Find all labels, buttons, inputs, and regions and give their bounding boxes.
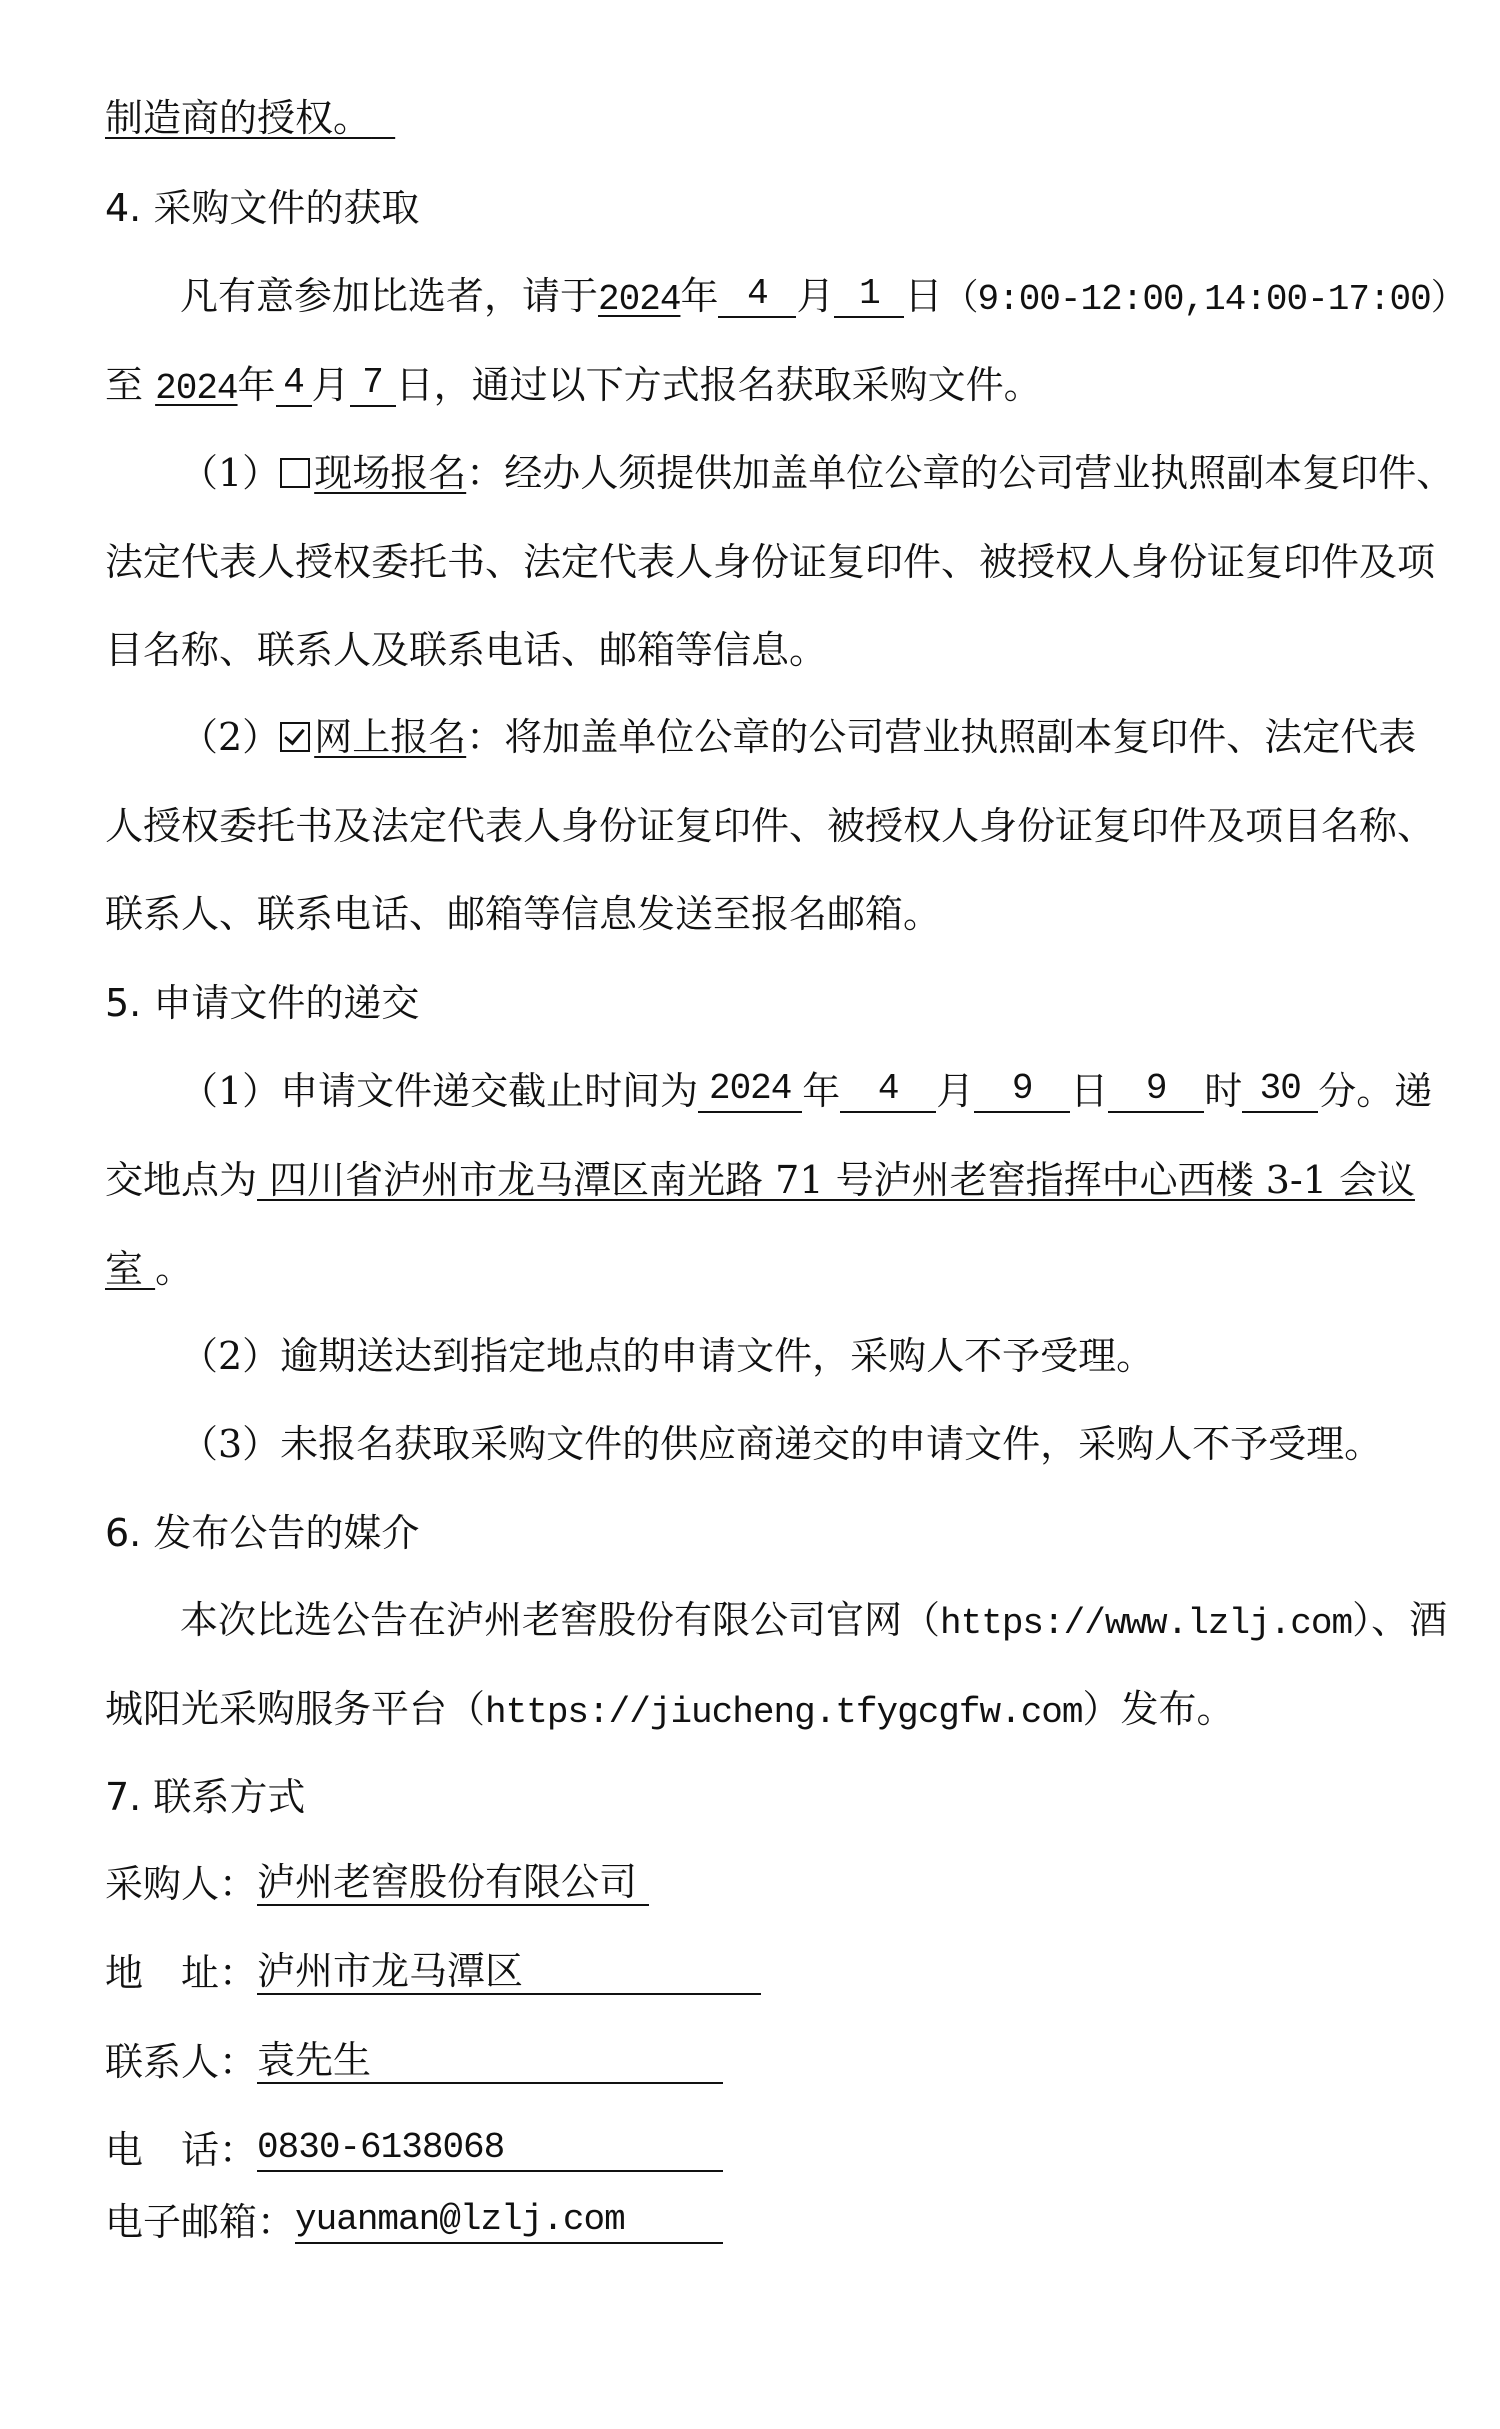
office-hours: （9:00-12:00,14:00-17:00）: [942, 279, 1465, 320]
year-label: 年: [802, 1069, 840, 1113]
media-suffix: ）、酒: [1352, 1598, 1447, 1642]
contact-purchaser: 采购人：泸州老窖股份有限公司: [105, 1860, 649, 1908]
late-submission-rule: （2）逾期送达到指定地点的申请文件，采购人不予受理。: [180, 1332, 1154, 1380]
contact-address: 地 址：泸州市龙马潭区: [105, 1949, 761, 1997]
checkbox-unchecked-icon[interactable]: [280, 458, 310, 488]
section-6-heading: 6. 发布公告的媒介: [105, 1509, 419, 1557]
submission-location-line2: 室 。: [105, 1245, 193, 1293]
day-label: 日: [904, 274, 942, 318]
minute-label: 分。递: [1318, 1069, 1432, 1113]
purchaser-label: 采购人：: [105, 1860, 257, 1908]
month-label: 月: [796, 274, 834, 318]
checkbox-checked-icon[interactable]: [280, 722, 310, 752]
month-label: 月: [936, 1069, 974, 1113]
contact-person: 联系人：袁先生: [105, 2038, 723, 2086]
option-1-line3: 目名称、联系人及联系电话、邮箱等信息。: [105, 626, 827, 674]
option-2-number: （2）: [180, 715, 280, 759]
year-label: 年: [680, 274, 718, 318]
hour-label: 时: [1204, 1069, 1242, 1113]
option-2-text: 将加盖单位公章的公司营业执照副本复印件、法定代表: [504, 715, 1416, 759]
section-4-heading: 4. 采购文件的获取: [105, 184, 419, 232]
deadline-day: 9: [974, 1067, 1070, 1113]
start-day: 1: [834, 272, 904, 318]
option-2-line3: 联系人、联系电话、邮箱等信息发送至报名邮箱。: [105, 890, 941, 938]
purchaser-value: 泸州老窖股份有限公司: [257, 1860, 649, 1906]
contact-phone: 电 话：0830-6138068: [105, 2126, 723, 2174]
platform-suffix: ）发布。: [1083, 1687, 1235, 1731]
year-label: 年: [238, 363, 276, 407]
platform-prefix: 城阳光采购服务平台（: [105, 1687, 485, 1731]
contact-person-label: 联系人：: [105, 2038, 257, 2086]
month-label: 月: [312, 363, 350, 407]
deadline-prefix: （1）申请文件递交截止时间为: [180, 1069, 698, 1113]
email-label: 电子邮箱：: [105, 2198, 295, 2246]
media-prefix: 本次比选公告在泸州老窖股份有限公司官网（: [180, 1598, 940, 1642]
option-2-line2: 人授权委托书及法定代表人身份证复印件、被授权人身份证复印件及项目名称、: [105, 802, 1435, 850]
option-1-label-group: 现场报名: [280, 451, 466, 495]
start-month: 4: [718, 272, 796, 318]
phone-label: 电 话：: [105, 2126, 257, 2174]
intro-suffix: 日，通过以下方式报名获取采购文件。: [396, 363, 1042, 407]
colon: ：: [466, 451, 504, 495]
submission-location-line1: 交地点为 四川省泸州市龙马潭区南光路 71 号泸州老窖指挥中心西楼 3-1 会议: [105, 1156, 1415, 1204]
address-value: 泸州市龙马潭区: [257, 1949, 761, 1995]
option-2-label-group: 网上报名: [280, 715, 466, 759]
contact-person-value: 袁先生: [257, 2038, 723, 2084]
submission-location-cont: 室: [105, 1247, 155, 1291]
period: 。: [155, 1247, 193, 1291]
start-year: 2024: [598, 279, 680, 320]
phone-value: 0830-6138068: [257, 2126, 723, 2172]
end-day: 7: [350, 361, 396, 407]
media-line1: 本次比选公告在泸州老窖股份有限公司官网（https://www.lzlj.com…: [180, 1596, 1447, 1644]
media-line2: 城阳光采购服务平台（https://jiucheng.tfygcgfw.com）…: [105, 1685, 1235, 1733]
submission-location: 四川省泸州市龙马潭区南光路 71 号泸州老窖指挥中心西楼 3-1 会议: [257, 1158, 1415, 1202]
deadline-year: 2024: [698, 1067, 802, 1113]
option-2-label: 网上报名: [314, 715, 466, 759]
unregistered-rule: （3）未报名获取采购文件的供应商递交的申请文件，采购人不予受理。: [180, 1420, 1382, 1468]
colon: ：: [466, 715, 504, 759]
contact-email: 电子邮箱：yuanman@lzlj.com: [105, 2198, 723, 2246]
to-label: 至: [105, 363, 143, 407]
section-4-intro-line1: 凡有意参加比选者，请于2024年4月1日（9:00-12:00,14:00-17…: [180, 272, 1466, 320]
option-2-line1: （2）网上报名：将加盖单位公章的公司营业执照副本复印件、法定代表: [180, 713, 1416, 761]
option-1-number: （1）: [180, 451, 280, 495]
location-prefix: 交地点为: [105, 1158, 257, 1202]
section-4-intro-line2: 至 2024年4月7日，通过以下方式报名获取采购文件。: [105, 361, 1042, 409]
deadline-month: 4: [840, 1067, 936, 1113]
official-site-link[interactable]: https://www.lzlj.com: [940, 1603, 1352, 1644]
address-label: 地 址：: [105, 1949, 257, 1997]
carryover-text: 制造商的授权。: [105, 96, 371, 140]
email-value[interactable]: yuanman@lzlj.com: [295, 2198, 723, 2244]
day-label: 日: [1070, 1069, 1108, 1113]
section-5-heading: 5. 申请文件的递交: [105, 979, 419, 1027]
option-1-line1: （1）现场报名：经办人须提供加盖单位公章的公司营业执照副本复印件、: [180, 449, 1454, 497]
intro-prefix: 凡有意参加比选者，请于: [180, 274, 598, 318]
section-7-heading: 7. 联系方式: [105, 1773, 305, 1821]
option-1-line2: 法定代表人授权委托书、法定代表人身份证复印件、被授权人身份证复印件及项: [105, 538, 1435, 586]
deadline-hour: 9: [1108, 1067, 1204, 1113]
option-1-text: 经办人须提供加盖单位公章的公司营业执照副本复印件、: [504, 451, 1454, 495]
submission-deadline-line: （1）申请文件递交截止时间为2024年4月9日9时30分。递: [180, 1067, 1432, 1115]
deadline-minute: 30: [1242, 1067, 1318, 1113]
end-year: 2024: [155, 368, 237, 409]
end-month: 4: [276, 361, 312, 407]
option-1-label: 现场报名: [314, 451, 466, 495]
procurement-platform-link[interactable]: https://jiucheng.tfygcgfw.com: [485, 1692, 1083, 1733]
carryover-line: 制造商的授权。: [105, 94, 395, 142]
